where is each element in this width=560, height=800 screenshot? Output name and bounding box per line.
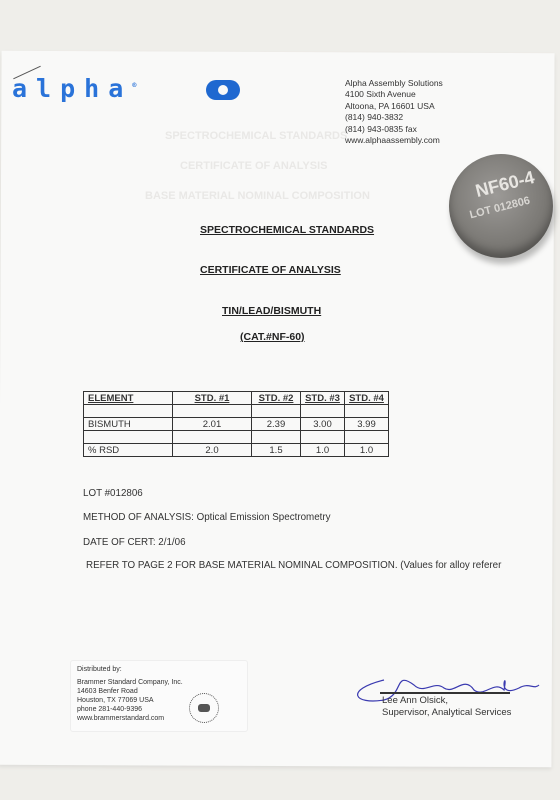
distributor-label: Distributed by: Brammer Standard Company… <box>70 660 248 732</box>
table-row: BISMUTH 2.01 2.39 3.00 3.99 <box>84 418 389 431</box>
show-through-text: BASE MATERIAL NOMINAL COMPOSITION <box>145 190 370 202</box>
alpha-swirl-logo-icon <box>206 80 240 100</box>
address-line: www.alphaassembly.com <box>345 135 443 146</box>
table-cell: 2.01 <box>173 418 252 431</box>
column-header: STD. #4 <box>345 392 389 405</box>
address-line: (814) 940-3832 <box>345 112 443 123</box>
method-of-analysis: METHOD OF ANALYSIS: Optical Emission Spe… <box>83 512 331 523</box>
sample-disk: NF60-4 LOT 012806 <box>449 154 553 258</box>
lot-number: LOT #012806 <box>83 488 143 499</box>
table-cell: 1.0 <box>301 444 345 457</box>
distributor-line: phone 281-440-9396 <box>77 705 183 714</box>
address-line: Altoona, PA 16601 USA <box>345 101 443 112</box>
table-row: % RSD 2.0 1.5 1.0 1.0 <box>84 444 389 457</box>
distributor-line: 14603 Benfer Road <box>77 687 183 696</box>
show-through-text: SPECTROCHEMICAL STANDARDS <box>165 130 347 142</box>
address-line: Alpha Assembly Solutions <box>345 78 443 89</box>
distributor-title: Distributed by: <box>77 665 122 674</box>
signature-line <box>380 692 510 694</box>
heading-catalog: (CAT.#NF-60) <box>240 331 305 343</box>
distributor-line: www.brammerstandard.com <box>77 714 183 723</box>
column-header: STD. #1 <box>173 392 252 405</box>
company-address: Alpha Assembly Solutions 4100 Sixth Aven… <box>345 78 443 146</box>
table-header-row: ELEMENT STD. #1 STD. #2 STD. #3 STD. #4 <box>84 392 389 405</box>
globe-seal-icon <box>189 693 219 723</box>
date-of-cert: DATE OF CERT: 2/1/06 <box>83 537 186 548</box>
heading-standards: SPECTROCHEMICAL STANDARDS <box>200 224 374 236</box>
table-spacer-row <box>84 431 389 444</box>
company-logo: alpha® <box>12 74 136 103</box>
column-header: STD. #3 <box>301 392 345 405</box>
table-spacer-row <box>84 405 389 418</box>
signatory-block: Lee Ann Olsick, Supervisor, Analytical S… <box>382 695 511 719</box>
signatory-title: Supervisor, Analytical Services <box>382 707 511 719</box>
distributor-line: Houston, TX 77069 USA <box>77 696 183 705</box>
table-cell: BISMUTH <box>84 418 173 431</box>
results-table: ELEMENT STD. #1 STD. #2 STD. #3 STD. #4 … <box>83 391 389 457</box>
composition-note: REFER TO PAGE 2 FOR BASE MATERIAL NOMINA… <box>86 560 501 571</box>
table-cell: 2.0 <box>173 444 252 457</box>
table-cell: % RSD <box>84 444 173 457</box>
signatory-name: Lee Ann Olsick, <box>382 695 511 707</box>
address-line: (814) 943-0835 fax <box>345 124 443 135</box>
address-line: 4100 Sixth Avenue <box>345 89 443 100</box>
distributor-line: Brammer Standard Company, Inc. <box>77 678 183 687</box>
table-cell: 3.99 <box>345 418 389 431</box>
column-header: STD. #2 <box>252 392 301 405</box>
show-through-text: CERTIFICATE OF ANALYSIS <box>180 160 328 172</box>
heading-certificate: CERTIFICATE OF ANALYSIS <box>200 264 341 276</box>
heading-material: TIN/LEAD/BISMUTH <box>222 305 321 317</box>
table-cell: 2.39 <box>252 418 301 431</box>
distributor-address: Brammer Standard Company, Inc. 14603 Ben… <box>77 678 183 723</box>
table-cell: 3.00 <box>301 418 345 431</box>
column-header: ELEMENT <box>84 392 173 405</box>
table-cell: 1.0 <box>345 444 389 457</box>
table-cell: 1.5 <box>252 444 301 457</box>
